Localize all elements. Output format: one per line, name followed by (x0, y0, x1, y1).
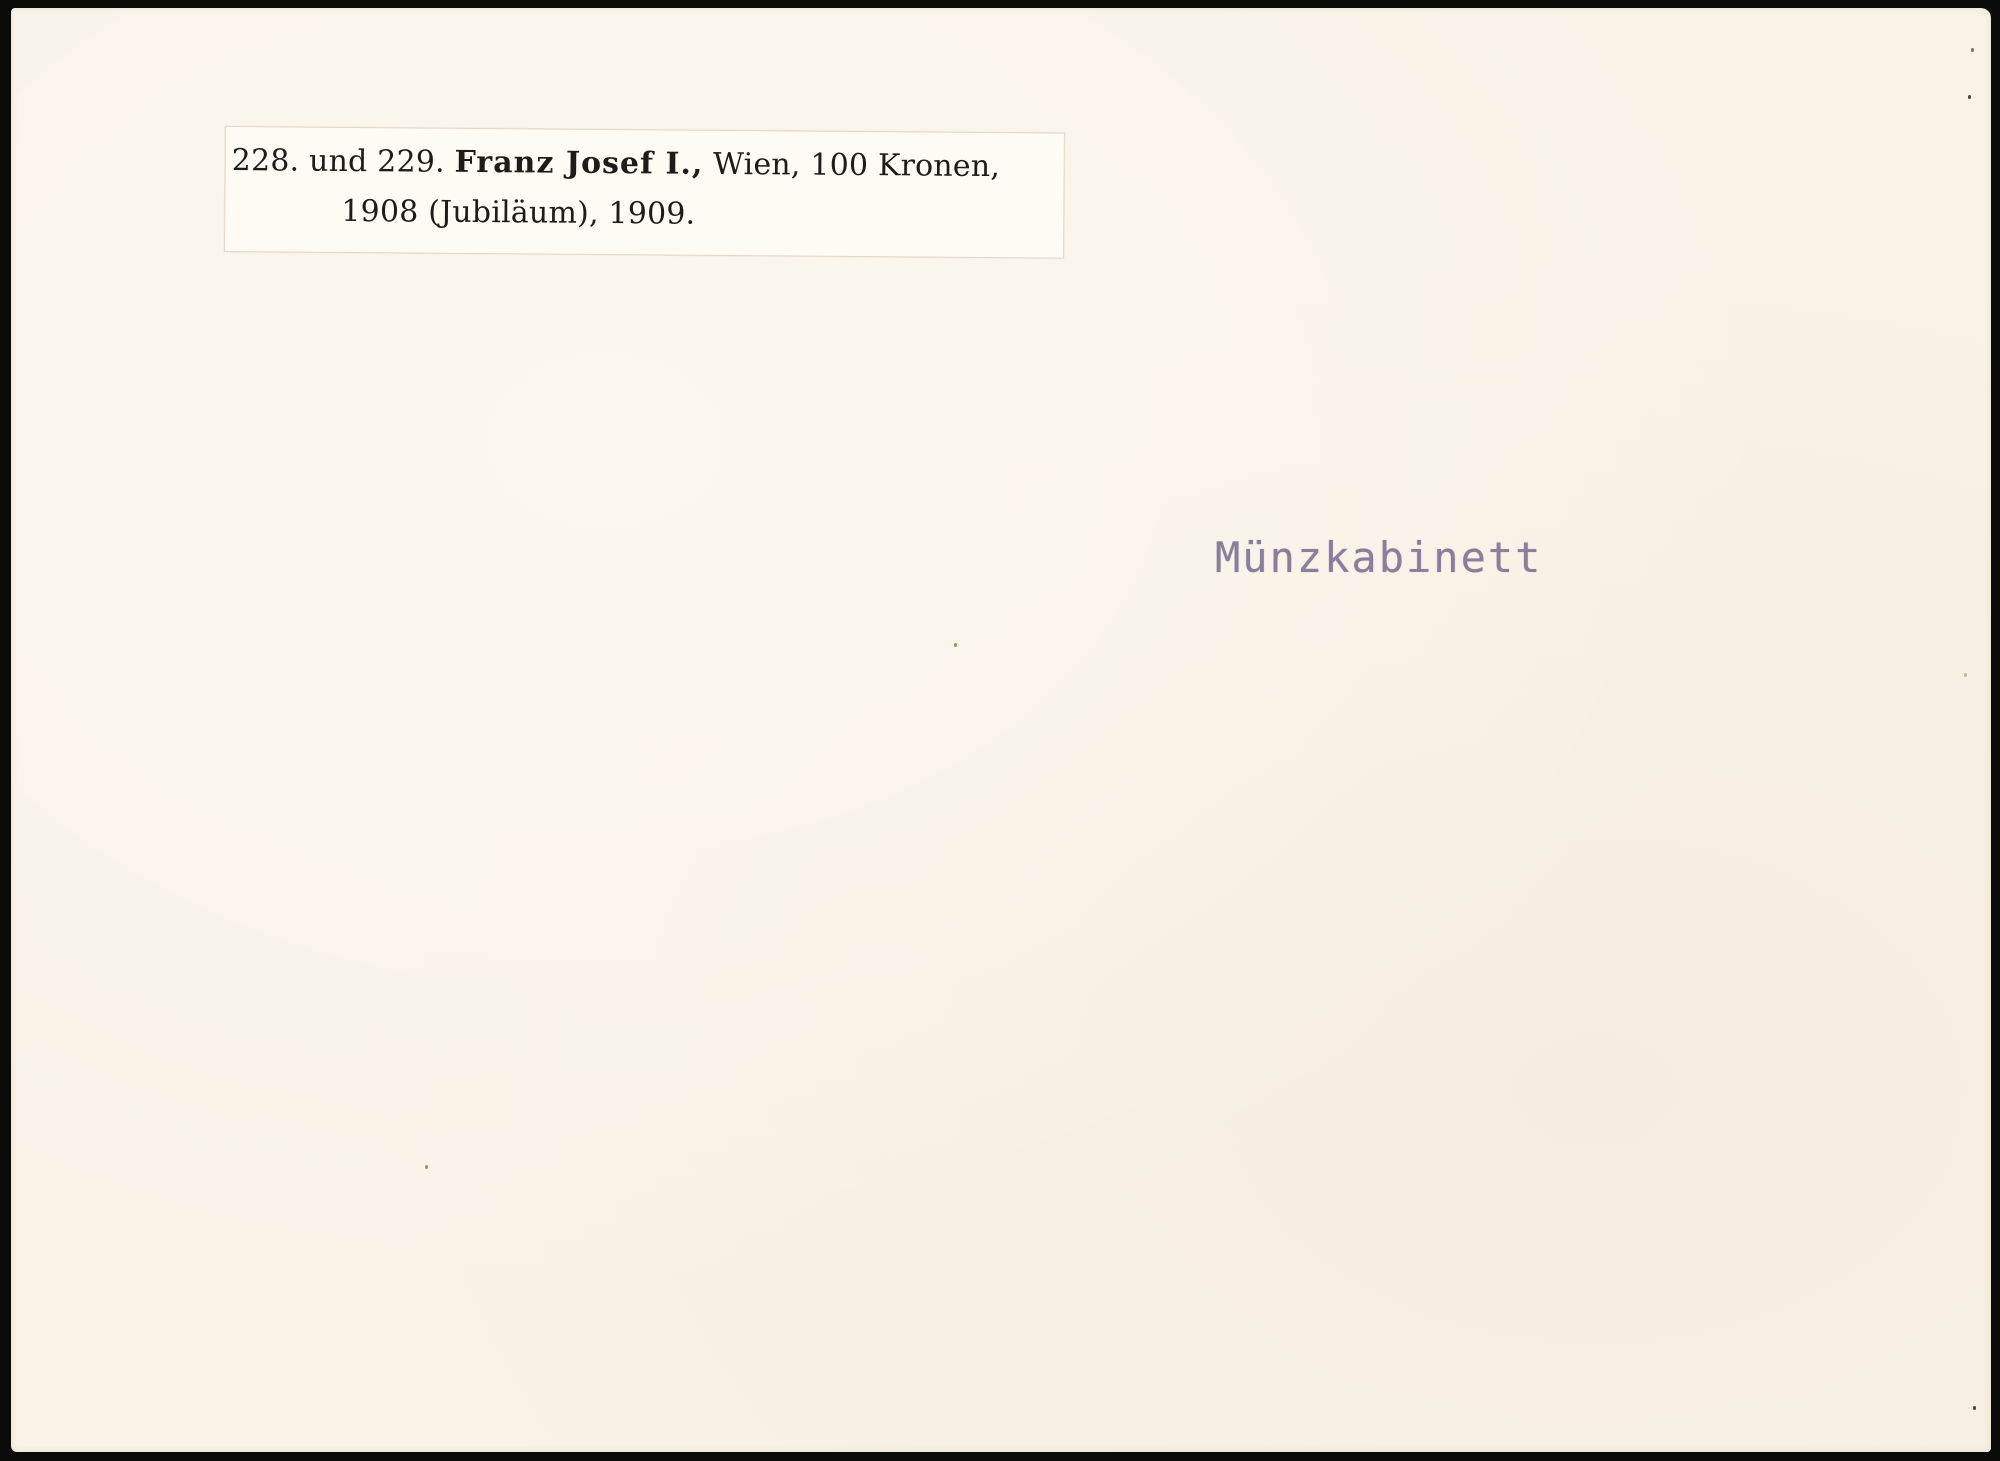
paper-speck (1973, 1406, 1976, 1410)
muenzkabinett-stamp: Münzkabinett (1215, 533, 1542, 582)
paper-speck (425, 1165, 428, 1169)
paper-speck (1971, 48, 1974, 52)
ruler-name: Franz Josef I., (454, 145, 703, 182)
label-line-2: 1908 (Jubiläum), 1909. (341, 194, 695, 232)
paper-speck (954, 643, 957, 647)
catalogue-card: 228. und 229. Franz Josef I., Wien, 100 … (11, 8, 1991, 1452)
label-line-1: 228. und 229. Franz Josef I., Wien, 100 … (232, 143, 1001, 184)
paper-speck (1964, 673, 1967, 677)
pasted-catalogue-label: 228. und 229. Franz Josef I., Wien, 100 … (224, 126, 1065, 259)
paper-speck (1968, 95, 1971, 99)
mint-and-denomination: Wien, 100 Kronen, (713, 147, 1000, 184)
catalogue-numbers: 228. und 229. (232, 143, 445, 180)
